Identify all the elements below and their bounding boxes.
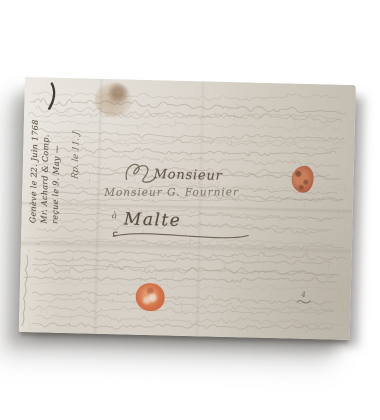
docket-note: Rp. le 11. J xyxy=(71,120,82,180)
letter-photo: Genève le 22. Juin 1768 Mr. Achard & Com… xyxy=(0,0,380,420)
address-destination-line: àMalte xyxy=(111,209,181,231)
folded-entire-letter: Genève le 22. Juin 1768 Mr. Achard & Com… xyxy=(19,77,356,340)
address-destination: Malte xyxy=(124,209,182,230)
address-salutation-line: Monsieur xyxy=(122,159,223,185)
rate-squiggle xyxy=(296,299,312,305)
rate-marking: 4 xyxy=(291,291,316,304)
rate-value: 4 xyxy=(301,291,306,299)
wax-seal-remnant-center xyxy=(135,283,165,312)
docket-annotation: Genève le 22. Juin 1768 Mr. Achard & Com… xyxy=(27,83,63,224)
calligraphic-flourish xyxy=(122,159,157,184)
address-recipient: Monsieur G. Fournier xyxy=(104,186,239,198)
address-preposition: à xyxy=(112,211,118,221)
address-salutation: Monsieur xyxy=(153,167,222,184)
